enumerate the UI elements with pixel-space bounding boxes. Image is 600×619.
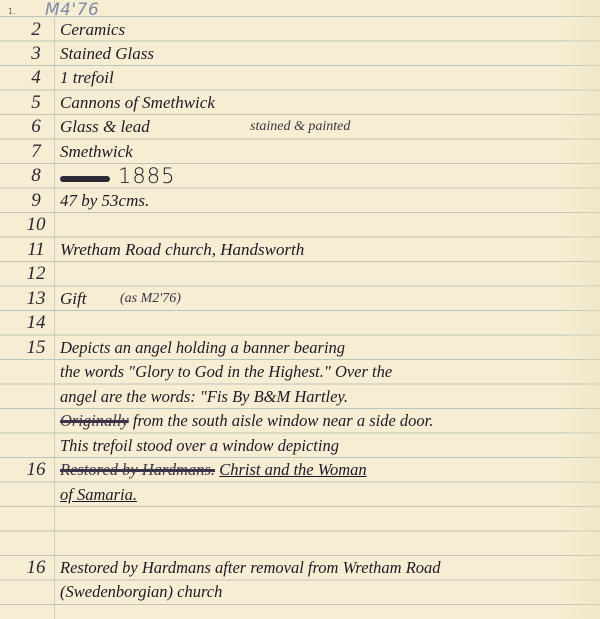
entry-row-8: 8 1885 [0,164,600,188]
line-one-marker: 1. [8,7,16,16]
accession-reference: M4'76 [45,0,99,20]
description-line-4-text: from the south aisle window near a side … [133,411,434,430]
field-value-place: Smethwick [60,140,133,164]
entry-row-9: 9 47 by 53cms. [0,189,600,213]
description-line-2: the words "Glory to God in the Highest."… [60,360,392,385]
field-number: 2 [22,18,50,42]
restoration-line-2: (Swedenborgian) church [60,580,222,605]
field-value-provenance: Wretham Road church, Handsworth [60,238,304,262]
field-number: 3 [22,42,50,66]
field-number: 11 [22,238,50,262]
field-number: 12 [22,262,50,286]
entry-row-3: 3 Stained Glass [0,42,600,66]
entry-row-13: 13 Gift (as M2'76) [0,287,600,311]
description-line-5: This trefoil stood over a window depicti… [60,434,339,459]
field-value-object: 1 trefoil [60,66,114,90]
ledger-page: 1. M4'76 2 Ceramics 3 Stained Glass 4 1 … [0,0,600,619]
description-line-4: Originally from the south aisle window n… [60,409,433,434]
entry-row-10: 10 [0,213,600,237]
entry-row-4: 4 1 trefoil [0,66,600,90]
field-value-maker: Cannons of Smethwick [60,91,215,115]
description-line-6-text: Christ and the Woman [219,460,366,479]
field-note-acquisition: (as M2'76) [120,287,181,311]
field-number: 5 [22,91,50,115]
description-line-6: Restored by Hardmans. Christ and the Wom… [60,458,367,483]
field-number: 6 [22,115,50,139]
entry-row-14: 14 [0,311,600,335]
field-value-material: Glass & lead [60,115,150,139]
entry-row-11: 11 Wretham Road church, Handsworth [0,238,600,262]
field-number: 4 [22,66,50,90]
field-value-dimensions: 47 by 53cms. [60,189,149,213]
struck-restoration-note: Restored by Hardmans. [60,460,215,479]
field-value-category: Ceramics [60,18,125,42]
field-value-subcategory: Stained Glass [60,42,154,66]
field-number: 9 [22,189,50,213]
description-line-3: angel are the words: "Fis By B&M Hartley… [60,385,348,410]
field-number: 13 [22,287,50,311]
entry-row-5: 5 Cannons of Smethwick [0,91,600,115]
date-value: 1885 [118,164,175,188]
description-line-7: of Samaria. [60,483,137,508]
entry-row-2: 2 Ceramics [0,18,600,42]
field-number: 10 [22,213,50,237]
crossed-out-date [60,176,110,182]
restoration-line-1: Restored by Hardmans after removal from … [60,556,441,581]
field-note-technique: stained & painted [250,115,350,139]
field-number: 8 [22,164,50,188]
field-value-acquisition: Gift [60,287,86,311]
entry-row-6: 6 Glass & lead stained & painted [0,115,600,139]
field-number: 16 [22,458,50,482]
field-value-date: 1885 [60,164,175,190]
description-line-1: Depicts an angel holding a banner bearin… [60,336,345,361]
entry-row-7: 7 Smethwick [0,140,600,164]
entry-row-12: 12 [0,262,600,286]
field-number: 7 [22,140,50,164]
struck-word: Originally [60,411,129,430]
field-number: 14 [22,311,50,335]
field-number: 15 [22,336,50,360]
field-number: 16 [22,556,50,580]
